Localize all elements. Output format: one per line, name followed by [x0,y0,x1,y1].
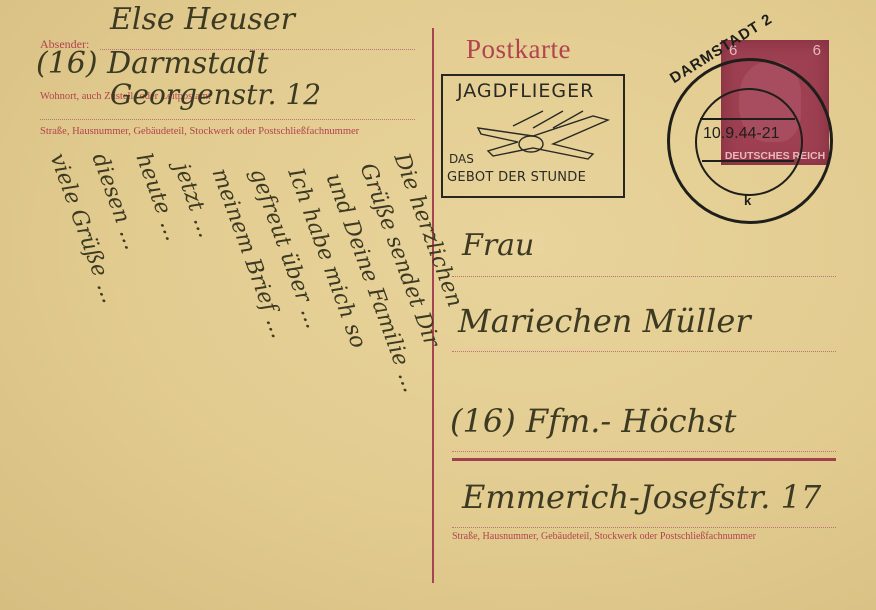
cancellation-line1: JAGDFLIEGER [457,80,594,102]
postmark-bar [700,118,795,120]
recipient-dotline [452,351,836,352]
postmark-date: 10.9.44-21 [703,125,780,143]
sender-street: Georgenstr. 12 [110,78,321,111]
recipient-dotline [452,527,836,528]
postcard: Else Heuser Absender: (16) Darmstadt Woh… [0,0,876,610]
recipient-salutation: Frau [462,228,534,263]
recipient-dotline [452,451,836,452]
recipient-street: Emmerich-Josefstr. 17 [462,478,821,516]
slogan-cancellation: JAGDFLIEGER DAS GEBOT DER STUNDE [441,74,625,198]
wohnort-dotline [40,119,415,120]
recipient-dotline [452,276,836,277]
postmark-letter: k [744,193,751,208]
card-title: Postkarte [466,34,571,65]
divider-line [432,28,434,583]
strasse-label: Straße, Hausnummer, Gebäudeteil, Stockwe… [40,126,359,137]
recipient-street-label: Straße, Hausnummer, Gebäudeteil, Stockwe… [452,531,756,542]
airplane-icon [473,106,613,161]
postmark-bar [702,160,794,162]
recipient-name: Mariechen Müller [458,302,751,340]
cancellation-line3: GEBOT DER STUNDE [447,170,586,185]
cancellation-line2: DAS [449,152,474,166]
stamp-value-right: 6 [813,42,821,59]
sender-name: Else Heuser [110,2,295,37]
recipient-city: (16) Ffm.- Höchst [450,402,736,440]
recipient-city-underline [452,458,836,461]
sender-city: (16) Darmstadt [36,46,268,81]
